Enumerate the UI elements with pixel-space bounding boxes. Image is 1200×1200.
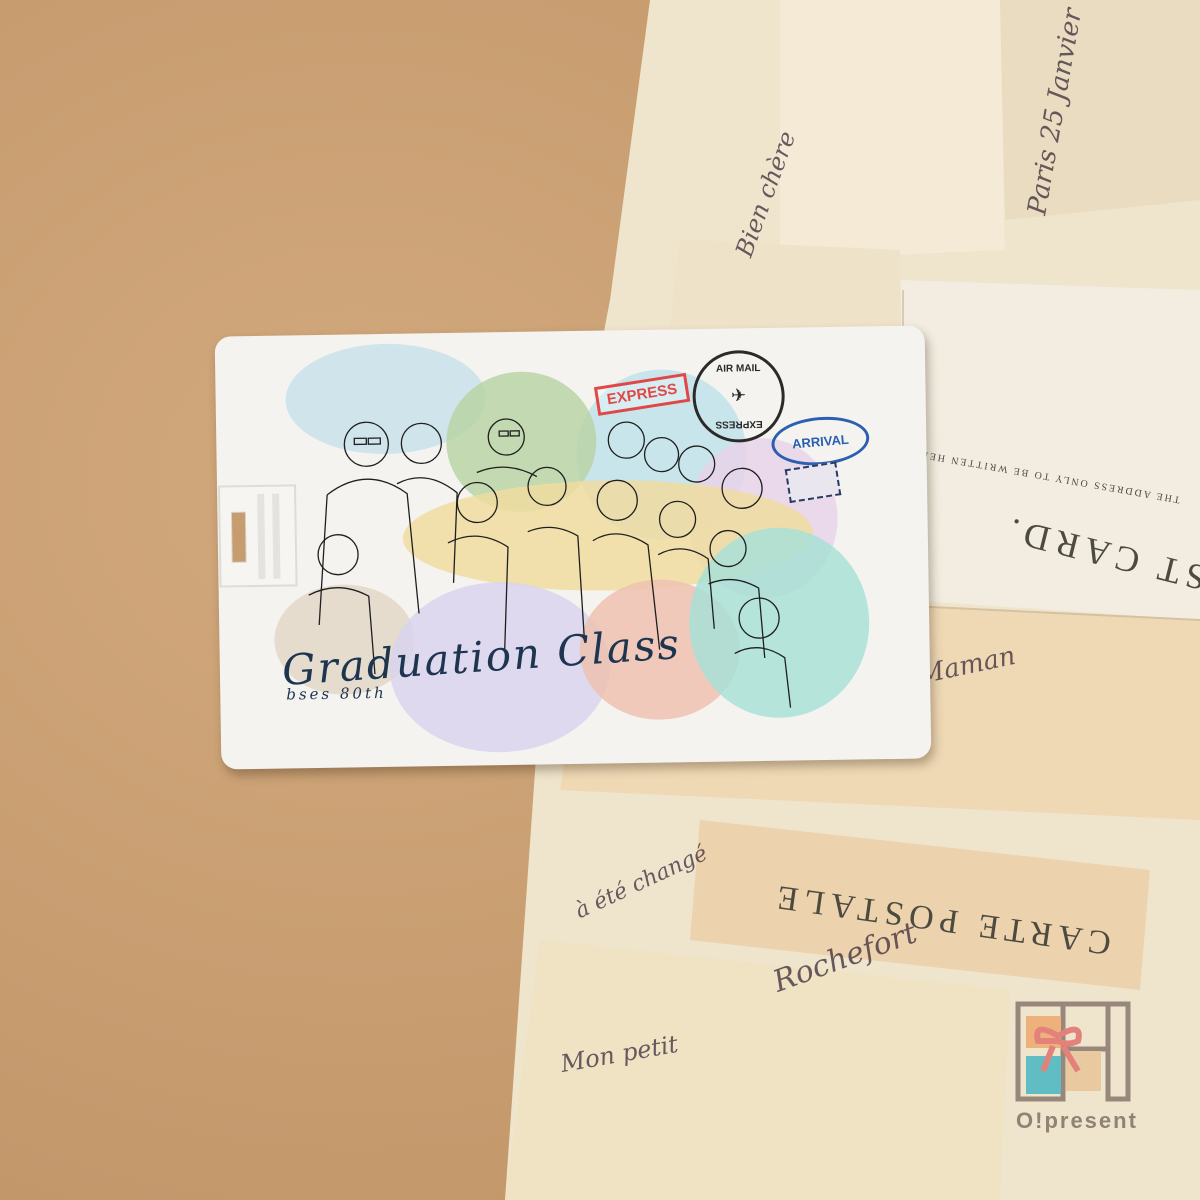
watermark-text: O!present	[1016, 1108, 1138, 1134]
usb-connector-slot[interactable]	[217, 483, 299, 589]
brand-watermark: O!present	[1008, 996, 1138, 1166]
gift-box-icon	[1008, 996, 1138, 1106]
airmail-top-text: AIR MAIL	[695, 363, 781, 375]
airmail-bottom-text: EXPRESS	[696, 418, 782, 430]
airplane-icon: ✈	[695, 385, 781, 407]
card-subtitle: bses 80th	[286, 684, 387, 704]
usb-card: EXPRESS AIR MAIL ✈ EXPRESS ARRIVAL Gradu…	[215, 325, 932, 769]
